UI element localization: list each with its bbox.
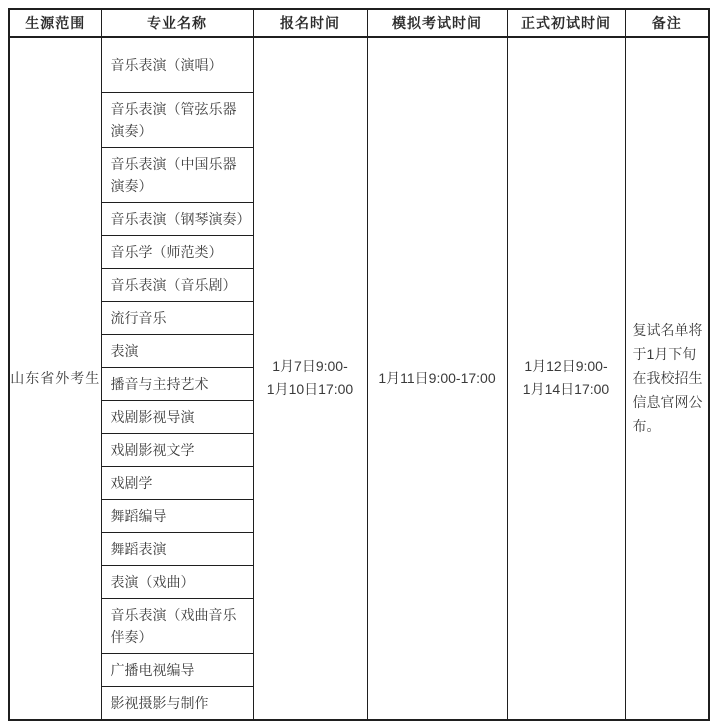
header-formal-first-exam-time: 正式初试时间: [507, 9, 625, 37]
major-cell: 音乐表演（中国乐器演奏）: [101, 147, 253, 202]
header-registration-time: 报名时间: [253, 9, 367, 37]
exam-schedule-page: 生源范围 专业名称 报名时间 模拟考试时间 正式初试时间 备注 山东省外考生 音…: [0, 0, 716, 706]
table-row: 山东省外考生 音乐表演（演唱） 1月7日9:00- 1月10日17:00 1月1…: [9, 37, 709, 92]
major-cell: 戏剧影视导演: [101, 400, 253, 433]
header-row: 生源范围 专业名称 报名时间 模拟考试时间 正式初试时间 备注: [9, 9, 709, 37]
source-range-cell: 山东省外考生: [9, 37, 101, 720]
major-cell: 影视摄影与制作: [101, 686, 253, 720]
mock-exam-time-cell: 1月11日9:00-17:00: [367, 37, 507, 720]
major-cell: 音乐学（师范类）: [101, 235, 253, 268]
major-cell: 播音与主持艺术: [101, 367, 253, 400]
major-cell: 戏剧学: [101, 466, 253, 499]
header-mock-exam-time: 模拟考试时间: [367, 9, 507, 37]
major-cell: 广播电视编导: [101, 653, 253, 686]
major-cell: 表演: [101, 334, 253, 367]
formal-first-exam-time-cell: 1月12日9:00- 1月14日17:00: [507, 37, 625, 720]
registration-time-cell: 1月7日9:00- 1月10日17:00: [253, 37, 367, 720]
exam-schedule-table: 生源范围 专业名称 报名时间 模拟考试时间 正式初试时间 备注 山东省外考生 音…: [8, 8, 710, 721]
major-cell: 音乐表演（音乐剧）: [101, 268, 253, 301]
major-cell: 舞蹈编导: [101, 499, 253, 532]
header-remarks: 备注: [625, 9, 709, 37]
major-cell: 音乐表演（管弦乐器演奏）: [101, 92, 253, 147]
header-major-name: 专业名称: [101, 9, 253, 37]
major-cell: 音乐表演（钢琴演奏）: [101, 202, 253, 235]
remarks-cell: 复试名单将于1月下旬在我校招生信息官网公布。: [625, 37, 709, 720]
major-cell: 舞蹈表演: [101, 532, 253, 565]
major-cell: 音乐表演（演唱）: [101, 37, 253, 92]
major-cell: 表演（戏曲）: [101, 565, 253, 598]
major-cell: 音乐表演（戏曲音乐伴奏）: [101, 598, 253, 653]
header-source-range: 生源范围: [9, 9, 101, 37]
major-cell: 戏剧影视文学: [101, 433, 253, 466]
major-cell: 流行音乐: [101, 301, 253, 334]
